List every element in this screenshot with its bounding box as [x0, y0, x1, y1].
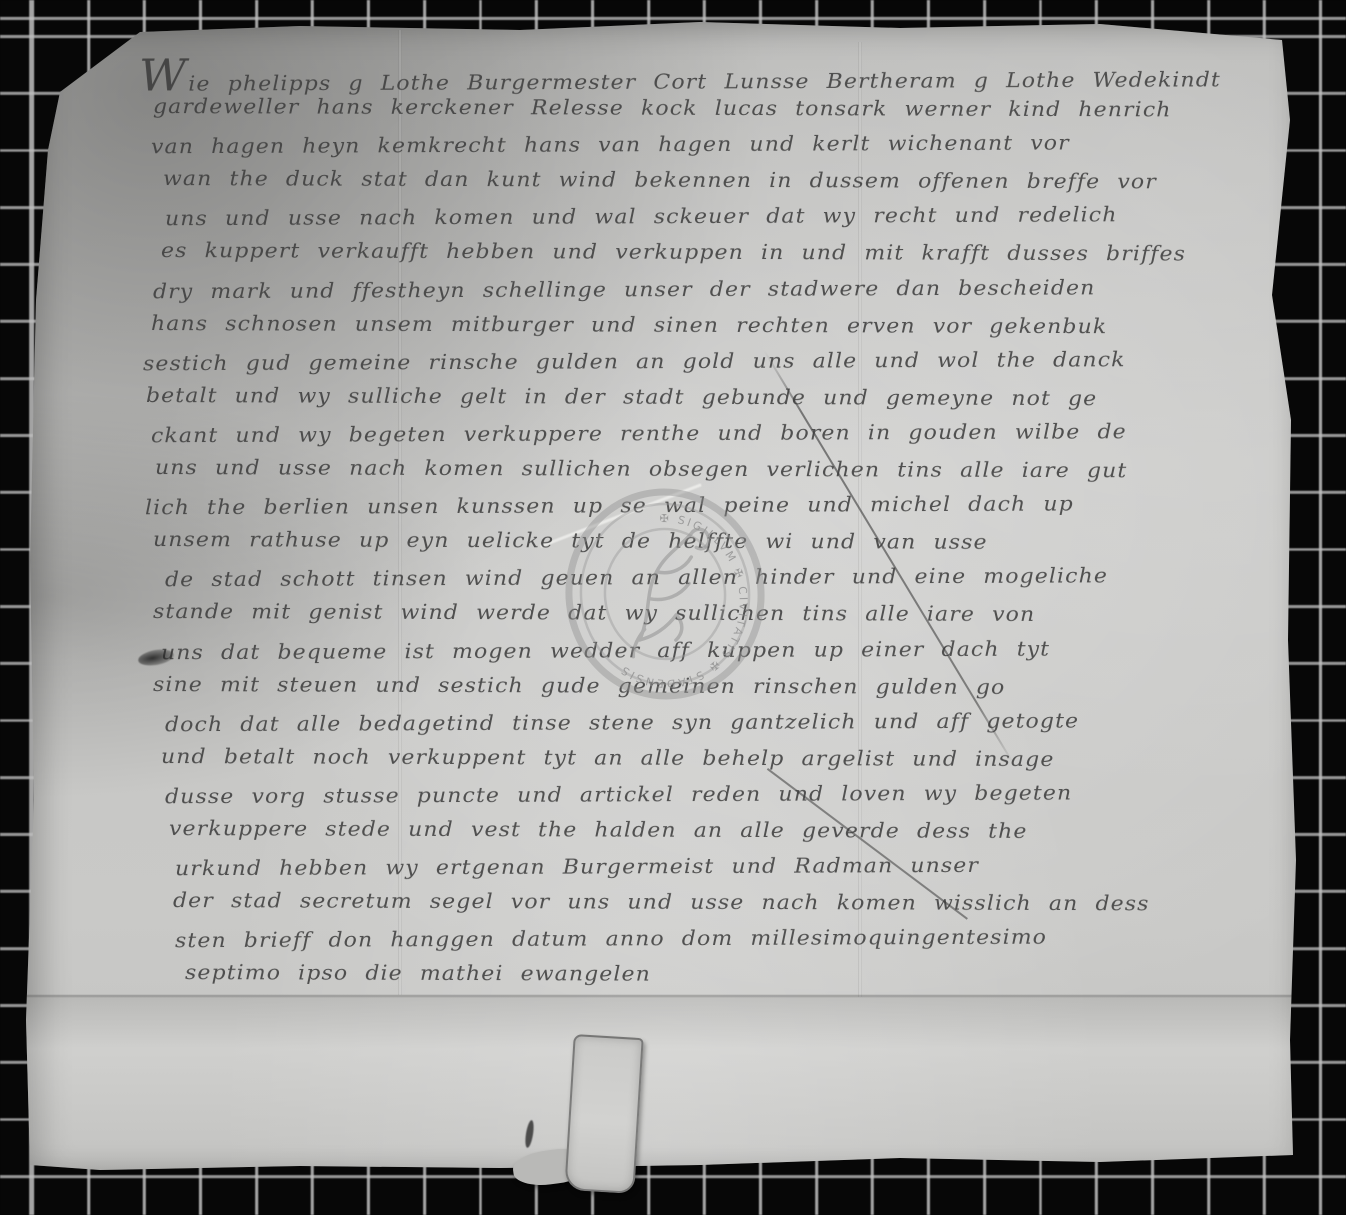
- script-line: doch dat alle bedagetind tinse stene syn…: [165, 703, 1293, 742]
- script-line: Wie phelipps g Lothe Burgermester Cort L…: [139, 54, 1293, 93]
- script-line: van hagen heyn kemkrecht hans van hagen …: [151, 126, 1293, 165]
- plica-folded-strip: [26, 997, 1296, 1170]
- rampant-lion-icon: [621, 528, 720, 656]
- script-line: betalt und wy sulliche gelt in der stadt…: [146, 379, 1293, 417]
- photo-stage: Wie phelipps g Lothe Burgermester Cort L…: [0, 0, 1346, 1215]
- script-line: sestich gud gemeine rinsche gulden an go…: [143, 342, 1293, 381]
- city-seal-stamp: ✠ SIGILLVM ✠ CIVITATIS ✠ STADENSIS: [541, 466, 788, 722]
- script-line: verkuppere stede und vest the halden an …: [169, 812, 1293, 850]
- script-line: wan the duck stat dan kunt wind bekennen…: [163, 162, 1293, 200]
- parchment-charter: Wie phelipps g Lothe Burgermester Cort L…: [26, 22, 1296, 1170]
- script-line: hans schnosen unsem mitburger und sinen …: [151, 307, 1293, 345]
- script-line: dusse vorg stusse puncte und artickel re…: [165, 775, 1293, 814]
- seal-inner-ring: [599, 523, 732, 665]
- seal-tag-strip: [564, 1034, 643, 1194]
- script-line: der stad secretum segel vor uns und usse…: [173, 884, 1293, 922]
- script-line: urkund hebben wy ertgenan Burgermeist un…: [175, 848, 1293, 887]
- seal-middle-ring: [572, 496, 758, 693]
- script-line: sten brieff don hanggen datum anno dom m…: [175, 920, 1293, 959]
- script-line: es kuppert verkaufft hebben und verkuppe…: [161, 234, 1293, 272]
- script-line: septimo ipso die mathei ewangelen: [185, 956, 1293, 994]
- script-line: ckant und wy begeten verkuppere renthe u…: [151, 414, 1293, 453]
- script-line: gardeweller hans kerckener Relesse kock …: [153, 90, 1293, 128]
- script-line: und betalt noch verkuppent tyt an alle b…: [161, 740, 1293, 778]
- script-line: uns und usse nach komen und wal sckeuer …: [165, 198, 1293, 237]
- script-line: dry mark und ffestheyn schellinge unser …: [153, 270, 1293, 309]
